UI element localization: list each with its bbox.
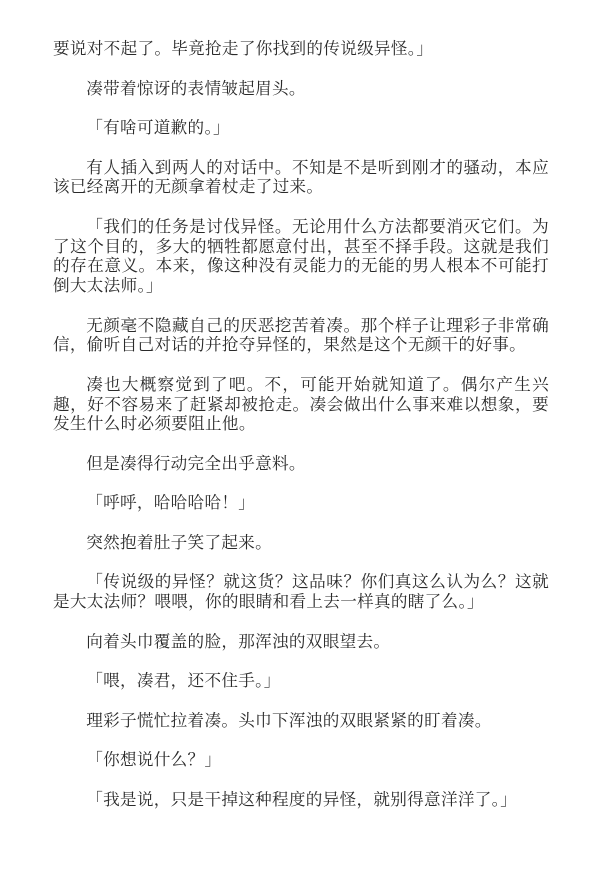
document-page: 要说对不起了。毕竟抢走了你找到的传说级异怪。」 凑带着惊讶的表情皱起眉头。 「有…	[53, 39, 549, 829]
paragraph: 向着头巾覆盖的脸，那浑浊的双眼望去。	[53, 632, 549, 652]
paragraph: 有人插入到两人的对话中。不知是不是听到刚才的骚动，本应该已经离开的无颜拿着杖走了…	[53, 158, 549, 198]
paragraph-dialogue: 「你想说什么？」	[53, 750, 549, 770]
paragraph: 凑也大概察觉到了吧。不，可能开始就知道了。偶尔产生兴趣，好不容易来了赶紧却被抢走…	[53, 375, 549, 434]
paragraph: 无颜毫不隐藏自己的厌恶挖苦着凑。那个样子让理彩子非常确信，偷听自己对话的并抢夺异…	[53, 316, 549, 356]
paragraph-dialogue: 「喂，凑君，还不住手。」	[53, 671, 549, 691]
paragraph: 理彩子慌忙拉着凑。头巾下浑浊的双眼紧紧的盯着凑。	[53, 711, 549, 731]
paragraph: 凑带着惊讶的表情皱起眉头。	[53, 79, 549, 99]
paragraph-dialogue: 「我是说，只是干掉这种程度的异怪，就别得意洋洋了。」	[53, 790, 549, 810]
paragraph-continuation: 要说对不起了。毕竟抢走了你找到的传说级异怪。」	[53, 39, 549, 59]
paragraph-dialogue: 「传说级的异怪？就这货？这品味？你们真这么认为么？这就是大太法师？喂喂，你的眼睛…	[53, 572, 549, 612]
paragraph-dialogue: 「我们的任务是讨伐异怪。无论用什么方法都要消灭它们。为了这个目的，多大的牺牲都愿…	[53, 217, 549, 296]
paragraph: 突然抱着肚子笑了起来。	[53, 533, 549, 553]
paragraph-dialogue: 「有啥可道歉的。」	[53, 118, 549, 138]
paragraph: 但是凑得行动完全出乎意料。	[53, 454, 549, 474]
paragraph-dialogue: 「呼呼，哈哈哈哈！」	[53, 493, 549, 513]
